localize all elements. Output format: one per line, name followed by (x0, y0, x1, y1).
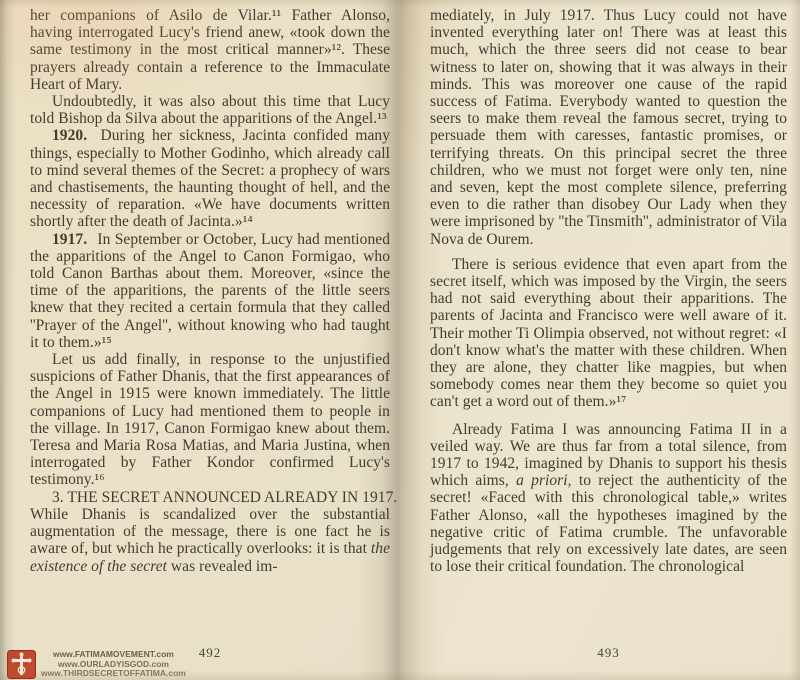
watermark: www.FATIMAMOVEMENT.com www.OURLADYISGOD.… (7, 650, 186, 679)
paragraph: mediately, in July 1917. Thus Lucy could… (430, 7, 787, 248)
page-number-right: 493 (430, 645, 787, 661)
section-heading: 3. THE SECRET ANNOUNCED ALREADY IN 1917. (30, 489, 390, 506)
page-left-text-column: her companions of Asilo de Vilar.¹¹ Fath… (30, 7, 390, 575)
paragraph: 1920. During her sickness, Jacinta confi… (30, 127, 390, 230)
paragraph: Already Fatima I was announcing Fatima I… (430, 421, 787, 576)
fatima-movement-cross-crest-icon (7, 650, 36, 679)
paragraph: 1917. In September or October, Lucy had … (30, 231, 390, 351)
watermark-url: www.THIRDSECRETOFFATIMA.com (41, 669, 186, 679)
page-right: mediately, in July 1917. Thus Lucy could… (400, 0, 800, 680)
paragraph: There is serious evidence that even apar… (430, 256, 787, 411)
page-right-text-column: mediately, in July 1917. Thus Lucy could… (430, 7, 787, 576)
paragraph: her companions of Asilo de Vilar.¹¹ Fath… (30, 7, 390, 93)
paragraph: Undoubtedly, it was also about this time… (30, 93, 390, 127)
page-left: her companions of Asilo de Vilar.¹¹ Fath… (0, 0, 400, 680)
watermark-urls: www.FATIMAMOVEMENT.com www.OURLADYISGOD.… (41, 650, 186, 679)
section-body-paragraph: While Dhanis is scandalized over the sub… (30, 506, 390, 575)
book-scan-spread: her companions of Asilo de Vilar.¹¹ Fath… (0, 0, 800, 680)
paragraph: Let us add finally, in response to the u… (30, 351, 390, 489)
